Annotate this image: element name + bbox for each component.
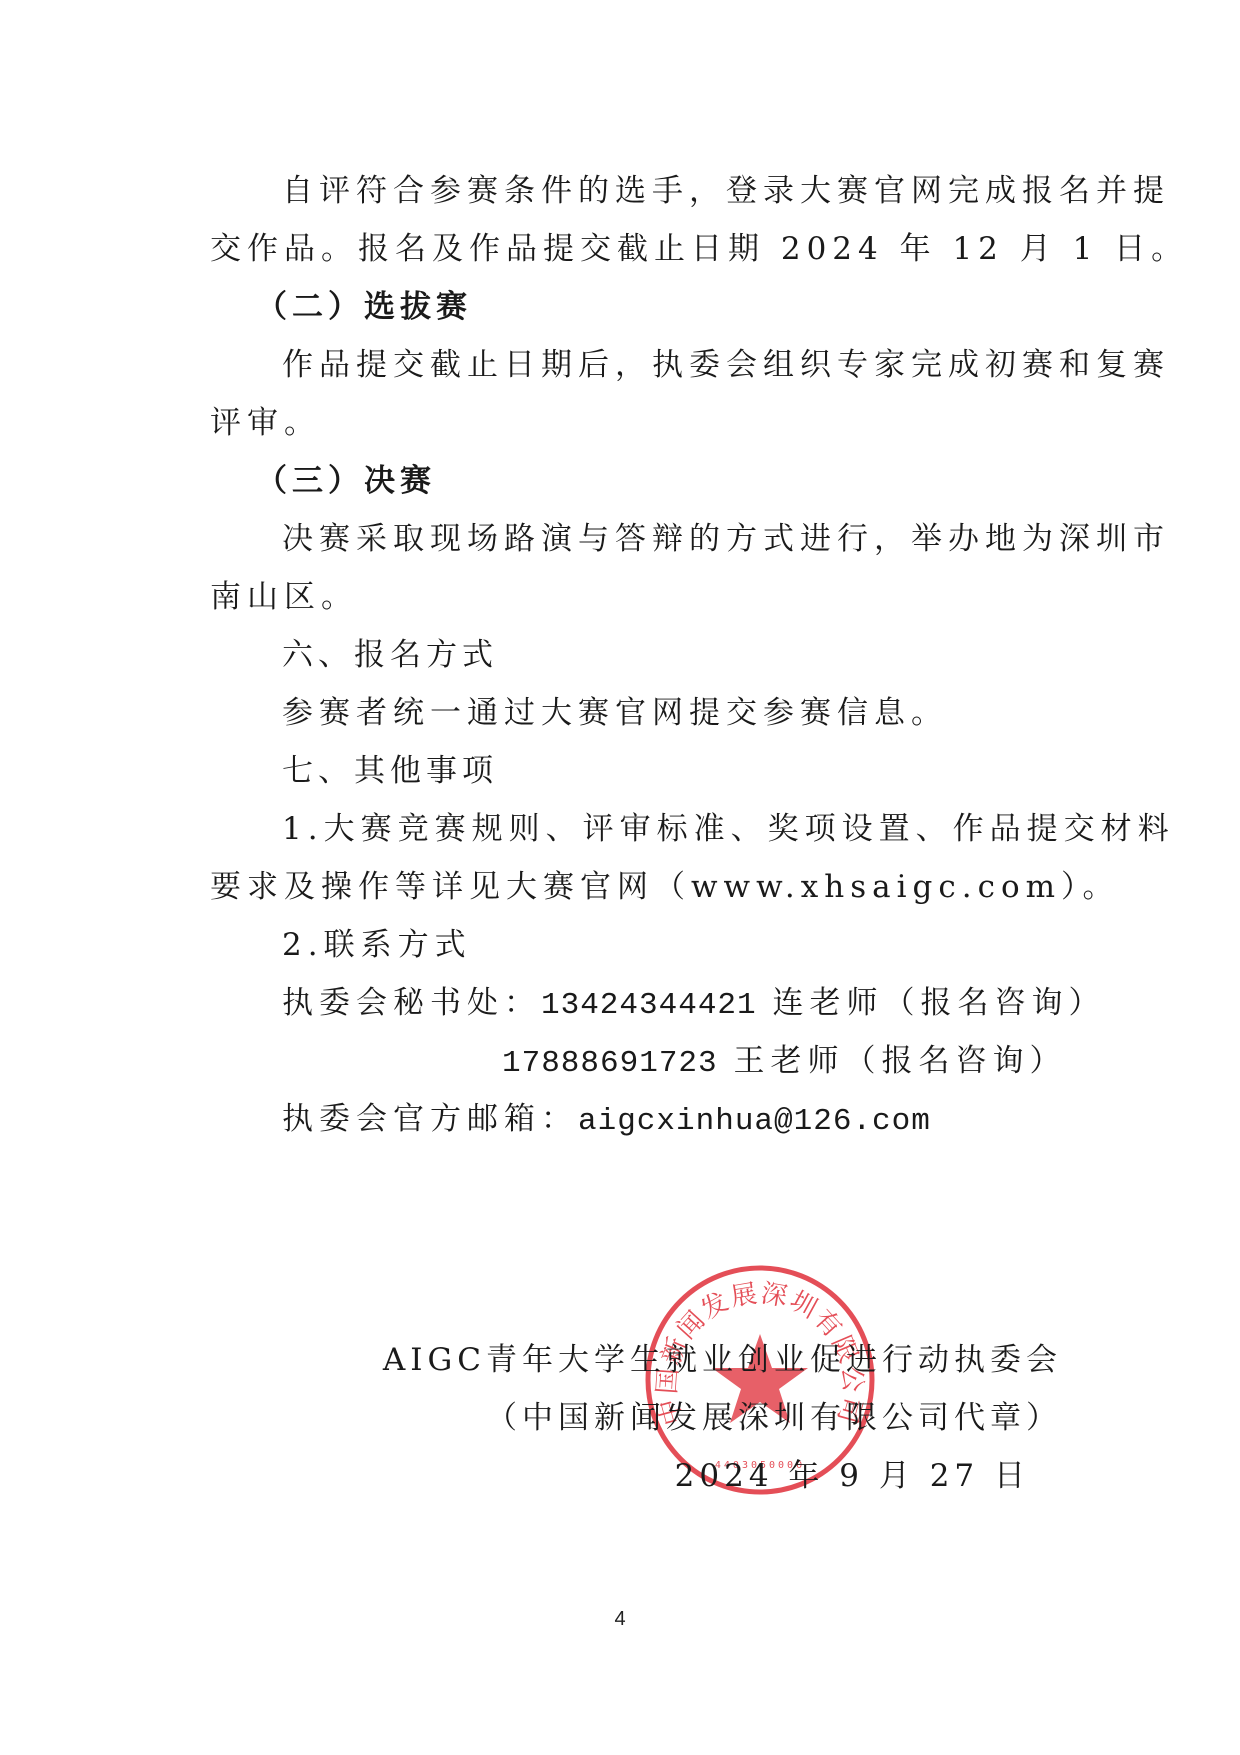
email-line: 执委会官方邮箱：aigcxinhua@126.com bbox=[210, 1090, 1066, 1148]
paragraph-line: 评审。 bbox=[210, 394, 1066, 452]
paragraph-line: 自评符合参赛条件的选手，登录大赛官网完成报名并提 bbox=[210, 162, 1066, 220]
heading-other-matters: 七、其他事项 bbox=[210, 742, 1066, 800]
contact-person: 连老师（报名咨询） bbox=[773, 985, 1106, 1021]
phone-number: 17888691723 bbox=[502, 1046, 718, 1081]
paragraph-line: 2.联系方式 bbox=[210, 916, 1066, 974]
paragraph-line: 作品提交截止日期后，执委会组织专家完成初赛和复赛 bbox=[210, 336, 1066, 394]
signature-date: 2024 年 9 月 27 日 bbox=[675, 1447, 1030, 1505]
contact-person: 王老师（报名咨询） bbox=[734, 1043, 1067, 1079]
website-reference: 要求及操作等详见大赛官网（www.xhsaigc.com）。 bbox=[210, 869, 1120, 905]
paragraph-line-website: 要求及操作等详见大赛官网（www.xhsaigc.com）。 bbox=[210, 858, 1066, 916]
paragraph-line: 1.大赛竞赛规则、评审标准、奖项设置、作品提交材料 bbox=[210, 800, 1066, 858]
document-page: 自评符合参赛条件的选手，登录大赛官网完成报名并提 交作品。报名及作品提交截止日期… bbox=[0, 0, 1240, 1755]
paragraph-line: 南山区。 bbox=[210, 568, 1066, 626]
phone-number: 13424344421 bbox=[541, 988, 757, 1023]
signature-seal-note: （中国新闻发展深圳有限公司代章） bbox=[486, 1389, 1062, 1447]
paragraph-line: 决赛采取现场路演与答辩的方式进行，举办地为深圳市 bbox=[210, 510, 1066, 568]
document-body: 自评符合参赛条件的选手，登录大赛官网完成报名并提 交作品。报名及作品提交截止日期… bbox=[210, 162, 1066, 1148]
signature-organization: AIGC青年大学生就业创业促进行动执委会 bbox=[383, 1331, 1062, 1389]
paragraph-line: 交作品。报名及作品提交截止日期 2024 年 12 月 1 日。 bbox=[210, 220, 1066, 278]
email-label: 执委会官方邮箱： bbox=[282, 1101, 578, 1137]
email-address: aigcxinhua@126.com bbox=[578, 1104, 931, 1139]
contact-line-2: 17888691723 王老师（报名咨询） bbox=[210, 1032, 1066, 1090]
heading-registration: 六、报名方式 bbox=[210, 626, 1066, 684]
contact-line-1: 执委会秘书处：13424344421 连老师（报名咨询） bbox=[210, 974, 1066, 1032]
secretariat-label: 执委会秘书处： bbox=[282, 985, 541, 1021]
subheading-selection-round: （二）选拔赛 bbox=[210, 278, 1066, 336]
subheading-final-round: （三）决赛 bbox=[210, 452, 1066, 510]
page-number: 4 bbox=[0, 1608, 1240, 1631]
paragraph-line: 参赛者统一通过大赛官网提交参赛信息。 bbox=[210, 684, 1066, 742]
